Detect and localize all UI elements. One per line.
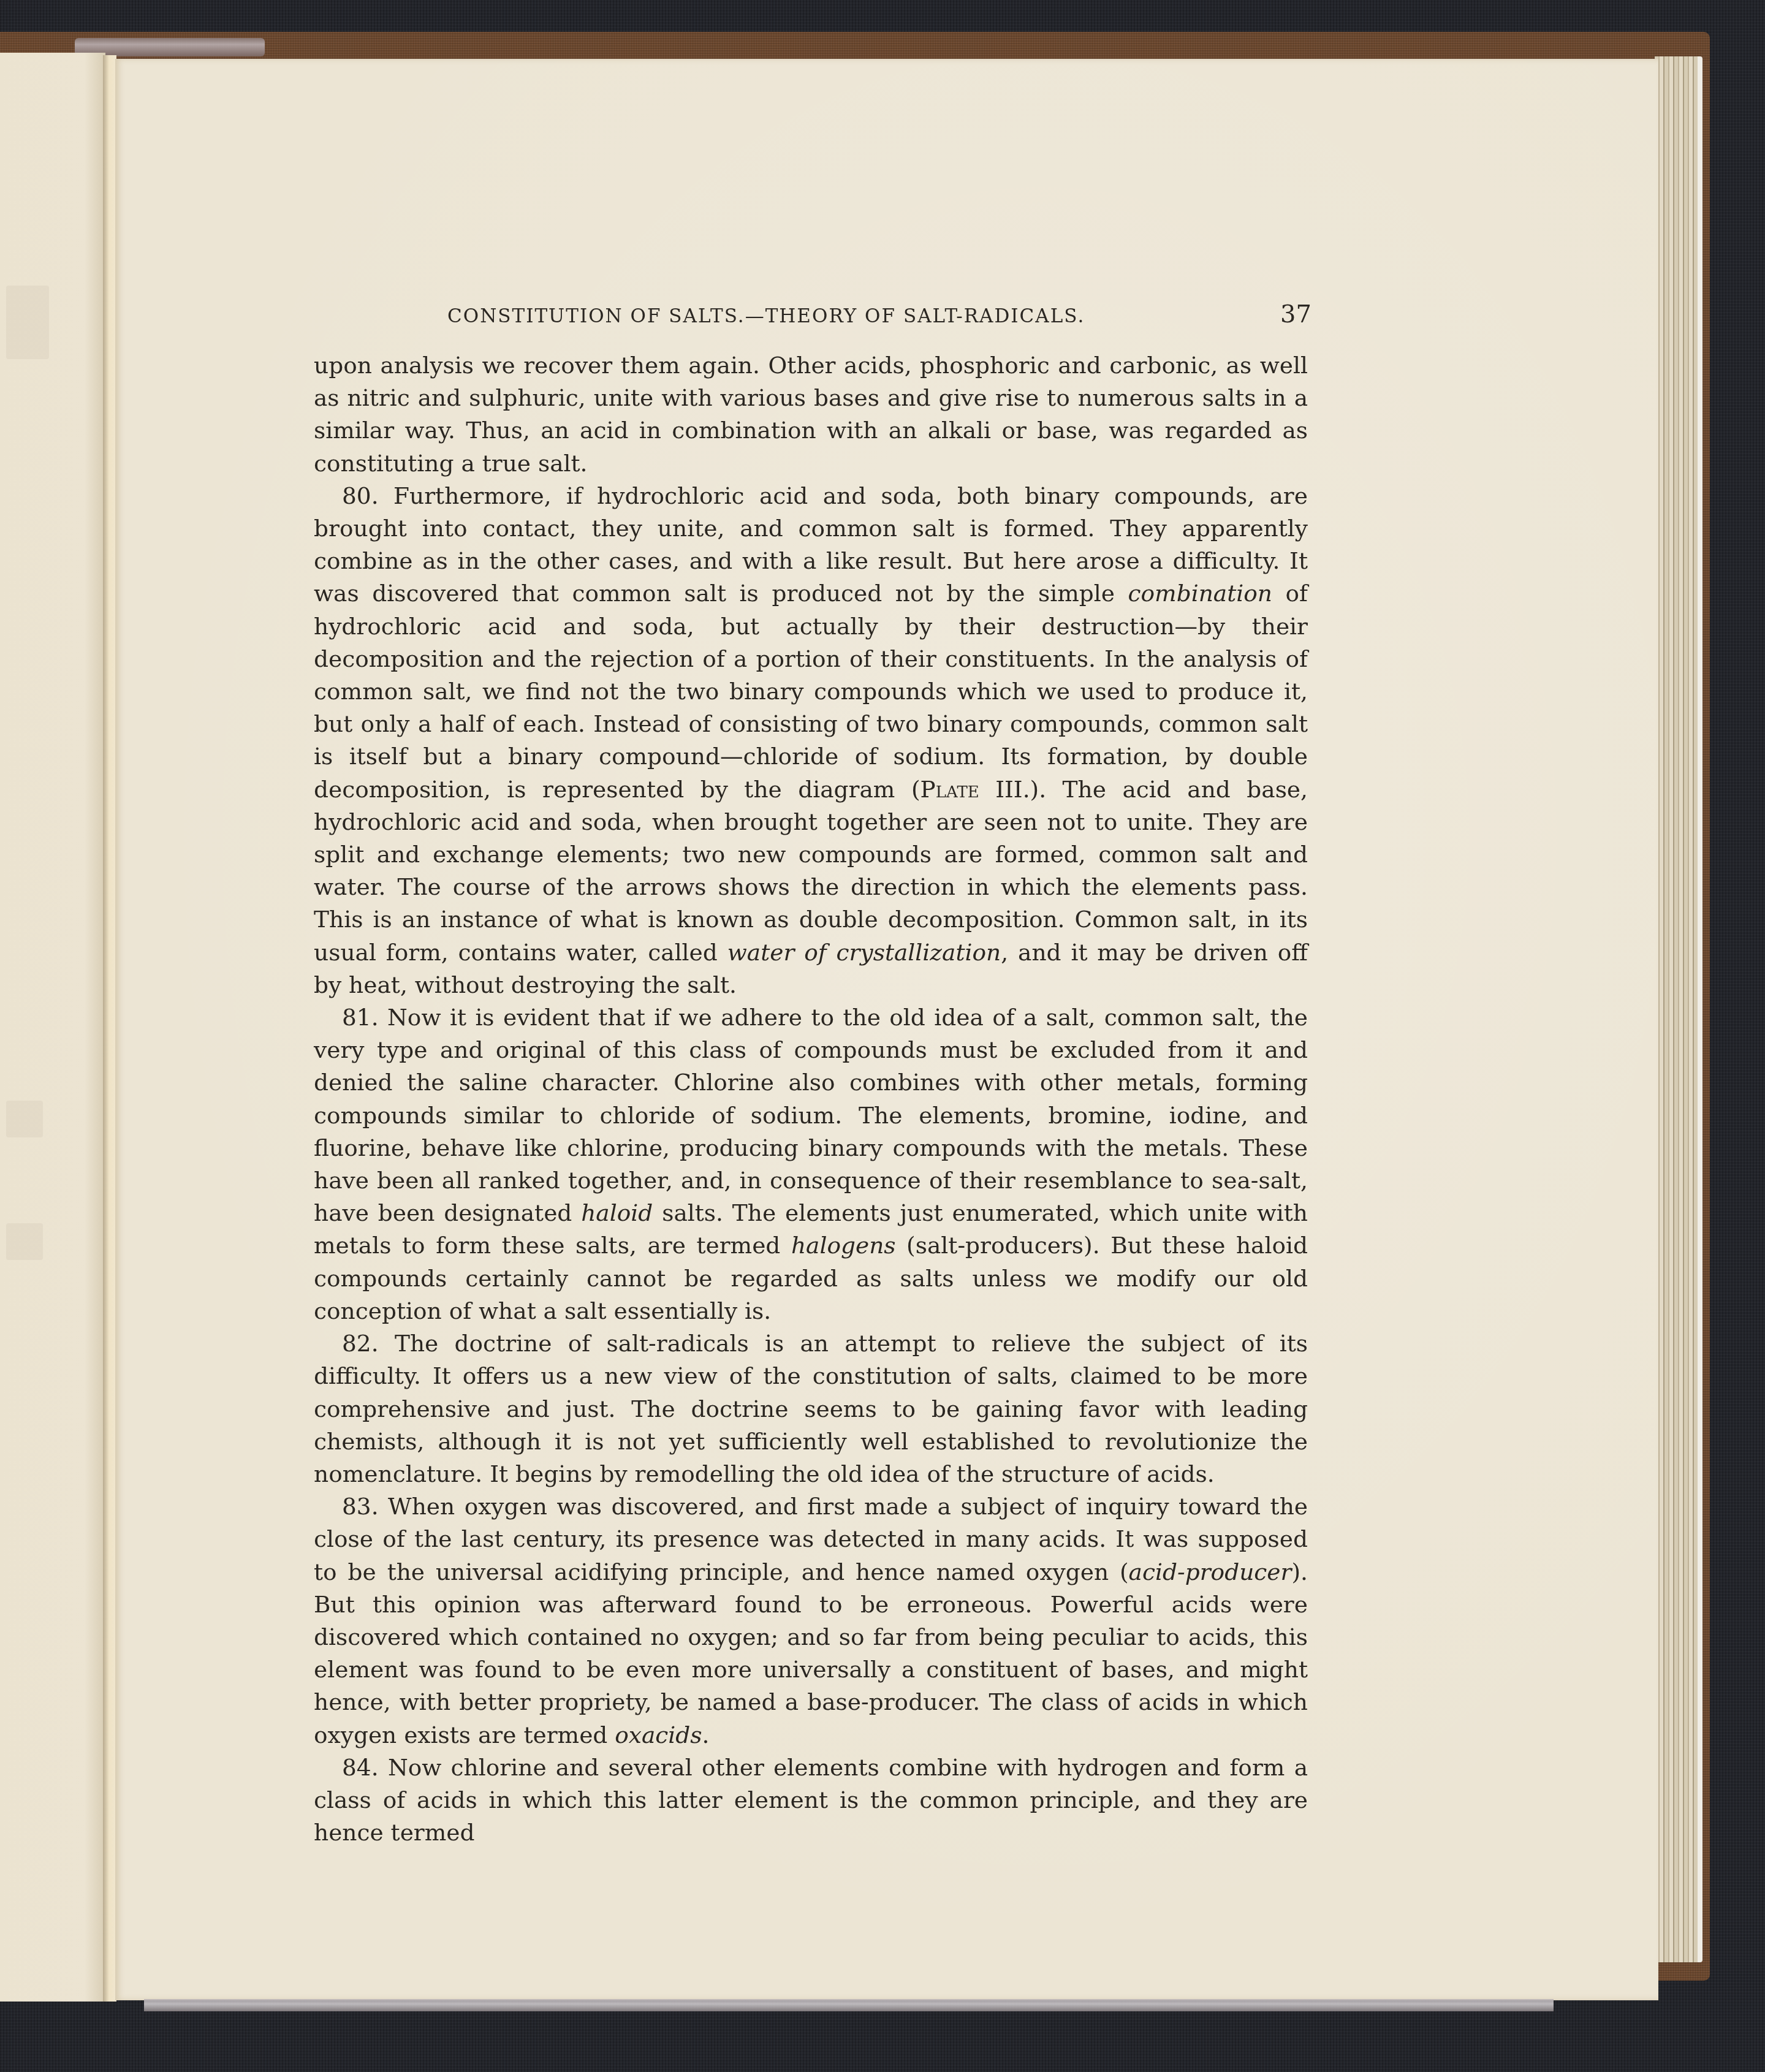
paragraph-number: 83. (342, 1493, 379, 1520)
paragraph-number: 84. (342, 1754, 379, 1781)
paragraph-81: 81. Now it is evident that if we adhere … (314, 1001, 1308, 1327)
italic-term: haloid (581, 1199, 653, 1226)
italic-term: oxacids (615, 1721, 702, 1748)
text-run: Now it is evident that if we adhere to t… (314, 1004, 1308, 1226)
paragraph-83: 83. When oxygen was discovered, and firs… (314, 1490, 1308, 1751)
paragraph-number: 81. (342, 1004, 379, 1031)
text-run: III.). The acid and base, hydrochloric a… (314, 776, 1308, 966)
paragraph-84: 84. Now chlorine and several other eleme… (314, 1751, 1308, 1850)
bleed-through-mark (6, 1223, 43, 1260)
paragraph-number: 80. (342, 482, 379, 509)
running-head: CONSTITUTION OF SALTS.—THEORY OF SALT-RA… (447, 300, 1311, 328)
bleed-through-mark (6, 1101, 43, 1137)
text-run: The doctrine of salt-radicals is an atte… (314, 1330, 1308, 1487)
text-run: Plate (920, 776, 979, 803)
binding-gutter (103, 55, 116, 2002)
italic-term: halogens (791, 1232, 896, 1259)
italic-term: water of crystallization (727, 939, 1001, 966)
paragraph-number: 82. (342, 1330, 379, 1357)
text-run: Now chlorine and several other elements … (314, 1754, 1308, 1846)
italic-term: acid-producer (1129, 1558, 1292, 1585)
text-run: ). But this opinion was afterward found … (314, 1558, 1308, 1748)
page-number: 37 (1280, 300, 1311, 328)
text-run: of hydrochloric acid and soda, but actua… (314, 580, 1308, 802)
bleed-through-mark (6, 286, 49, 359)
spine-repair-tape-bottom (144, 1999, 1554, 2011)
body-text: upon analysis we recover them again. Oth… (314, 349, 1308, 1849)
running-title: CONSTITUTION OF SALTS.—THEORY OF SALT-RA… (447, 305, 1085, 327)
page-fore-edge-stack (1655, 56, 1702, 1962)
text-run: . (702, 1721, 710, 1748)
text-run: upon analysis we recover them again. Oth… (314, 352, 1308, 477)
paragraph-80: 80. Furthermore, if hydrochloric acid an… (314, 480, 1308, 1001)
italic-term: combination (1128, 580, 1272, 607)
paragraph-82: 82. The doctrine of salt-radicals is an … (314, 1327, 1308, 1490)
left-page-edge (0, 53, 105, 2002)
paragraph-continuation: upon analysis we recover them again. Oth… (314, 349, 1308, 480)
